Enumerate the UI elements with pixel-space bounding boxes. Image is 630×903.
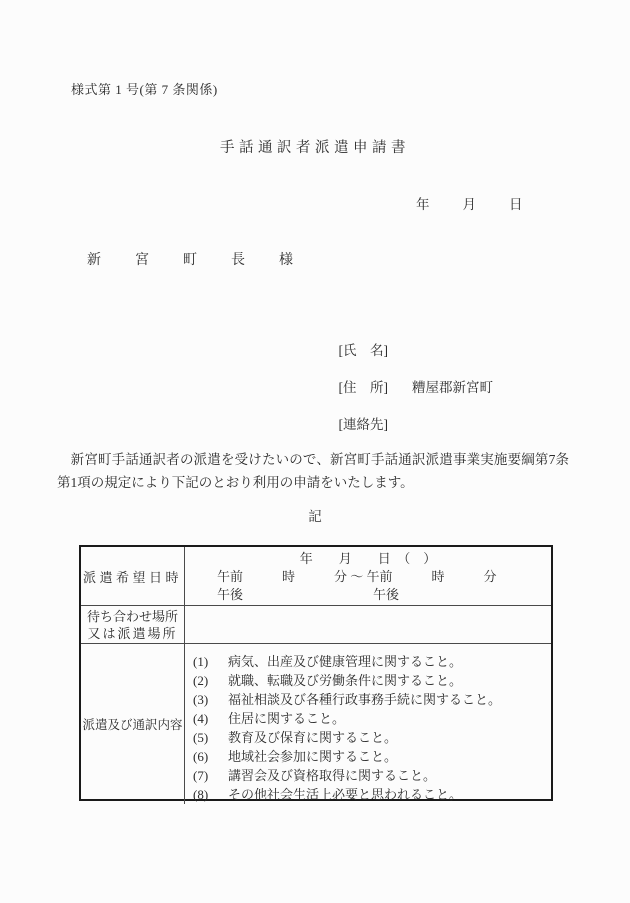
record-heading: 記 — [0, 505, 630, 525]
datetime-date-blank-line: 年 月 日 （ ） — [185, 550, 551, 568]
form-number-label: 様式第 1 号(第 7 条関係) — [71, 79, 218, 98]
item-text: 病気、出産及び健康管理に関すること。 — [228, 652, 547, 671]
content-list-item: (2) 就職、転職及び労働条件に関すること。 — [193, 671, 547, 690]
row-content-meeting-place — [185, 606, 551, 643]
item-number: (1) — [193, 652, 219, 671]
item-text: その他社会生活上必要と思われること。 — [228, 785, 547, 804]
date-line: 年 月 日 — [416, 193, 525, 213]
field-contact-label: [連絡先] — [339, 417, 389, 432]
field-name-label: [氏 名] — [339, 343, 389, 358]
content-list-item: (6) 地域社会参加に関すること。 — [193, 747, 547, 766]
addressee-line: 新 宮 町 長 様 — [87, 249, 303, 269]
content-list-item: (5) 教育及び保育に関すること。 — [193, 728, 547, 747]
meeting-place-label-line-2: 又は派遣場所 — [87, 625, 177, 642]
item-text: 就職、転職及び労働条件に関すること。 — [228, 671, 547, 690]
dispatch-request-table: 派遣希望日時 年 月 日 （ ） 午前 時 分 ～ 午前 時 分 午後 午後 待… — [79, 545, 553, 801]
row-label-interpretation-content: 派遣及び通訳内容 — [81, 644, 185, 804]
item-text: 住居に関すること。 — [228, 709, 547, 728]
row-label-desired-datetime: 派遣希望日時 — [81, 547, 185, 605]
content-list-item: (4) 住居に関すること。 — [193, 709, 547, 728]
item-number: (2) — [193, 671, 219, 690]
field-address-label: [住 所] — [339, 380, 389, 395]
application-form-document: 様式第 1 号(第 7 条関係) 手話通訳者派遣申請書 年 月 日 新 宮 町 … — [0, 0, 630, 903]
document-title: 手話通訳者派遣申請書 — [0, 136, 630, 157]
content-list-item: (3) 福祉相談及び各種行政事務手続に関すること。 — [193, 690, 547, 709]
meeting-place-label-line-1: 待ち合わせ場所 — [87, 608, 178, 625]
table-row-interpretation-content: 派遣及び通訳内容 (1) 病気、出産及び健康管理に関すること。 (2) 就職、転… — [81, 643, 551, 804]
item-text: 福祉相談及び各種行政事務手続に関すること。 — [228, 690, 547, 709]
item-text: 講習会及び資格取得に関すること。 — [228, 766, 547, 785]
item-number: (4) — [193, 709, 219, 728]
content-list-item: (7) 講習会及び資格取得に関すること。 — [193, 766, 547, 785]
application-statement-paragraph: 新宮町手話通訳者の派遣を受けたいので、新宮町手話通訳派遣事業実施要綱第7条第1項… — [57, 448, 569, 494]
table-row-desired-datetime: 派遣希望日時 年 月 日 （ ） 午前 時 分 ～ 午前 時 分 午後 午後 — [81, 547, 551, 605]
field-address-value: 糟屋郡新宮町 — [412, 380, 493, 395]
item-number: (6) — [193, 747, 219, 766]
table-row-meeting-place: 待ち合わせ場所 又は派遣場所 — [81, 605, 551, 643]
row-content-desired-datetime: 年 月 日 （ ） 午前 時 分 ～ 午前 時 分 午後 午後 — [185, 547, 551, 605]
row-content-interpretation-list: (1) 病気、出産及び健康管理に関すること。 (2) 就職、転職及び労働条件に関… — [185, 644, 551, 804]
content-list-item: (1) 病気、出産及び健康管理に関すること。 — [193, 652, 547, 671]
item-text: 地域社会参加に関すること。 — [228, 747, 547, 766]
datetime-time-blank-line-1: 午前 時 分 ～ 午前 時 分 — [185, 568, 551, 586]
content-list-item: (8) その他社会生活上必要と思われること。 — [193, 785, 547, 804]
row-label-meeting-place: 待ち合わせ場所 又は派遣場所 — [81, 606, 185, 643]
item-number: (3) — [193, 690, 219, 709]
item-number: (5) — [193, 728, 219, 747]
datetime-time-blank-line-2: 午後 午後 — [185, 586, 551, 604]
item-number: (7) — [193, 766, 219, 785]
field-row-contact: [連絡先] — [325, 397, 412, 449]
item-text: 教育及び保育に関すること。 — [228, 728, 547, 747]
item-number: (8) — [193, 785, 219, 804]
